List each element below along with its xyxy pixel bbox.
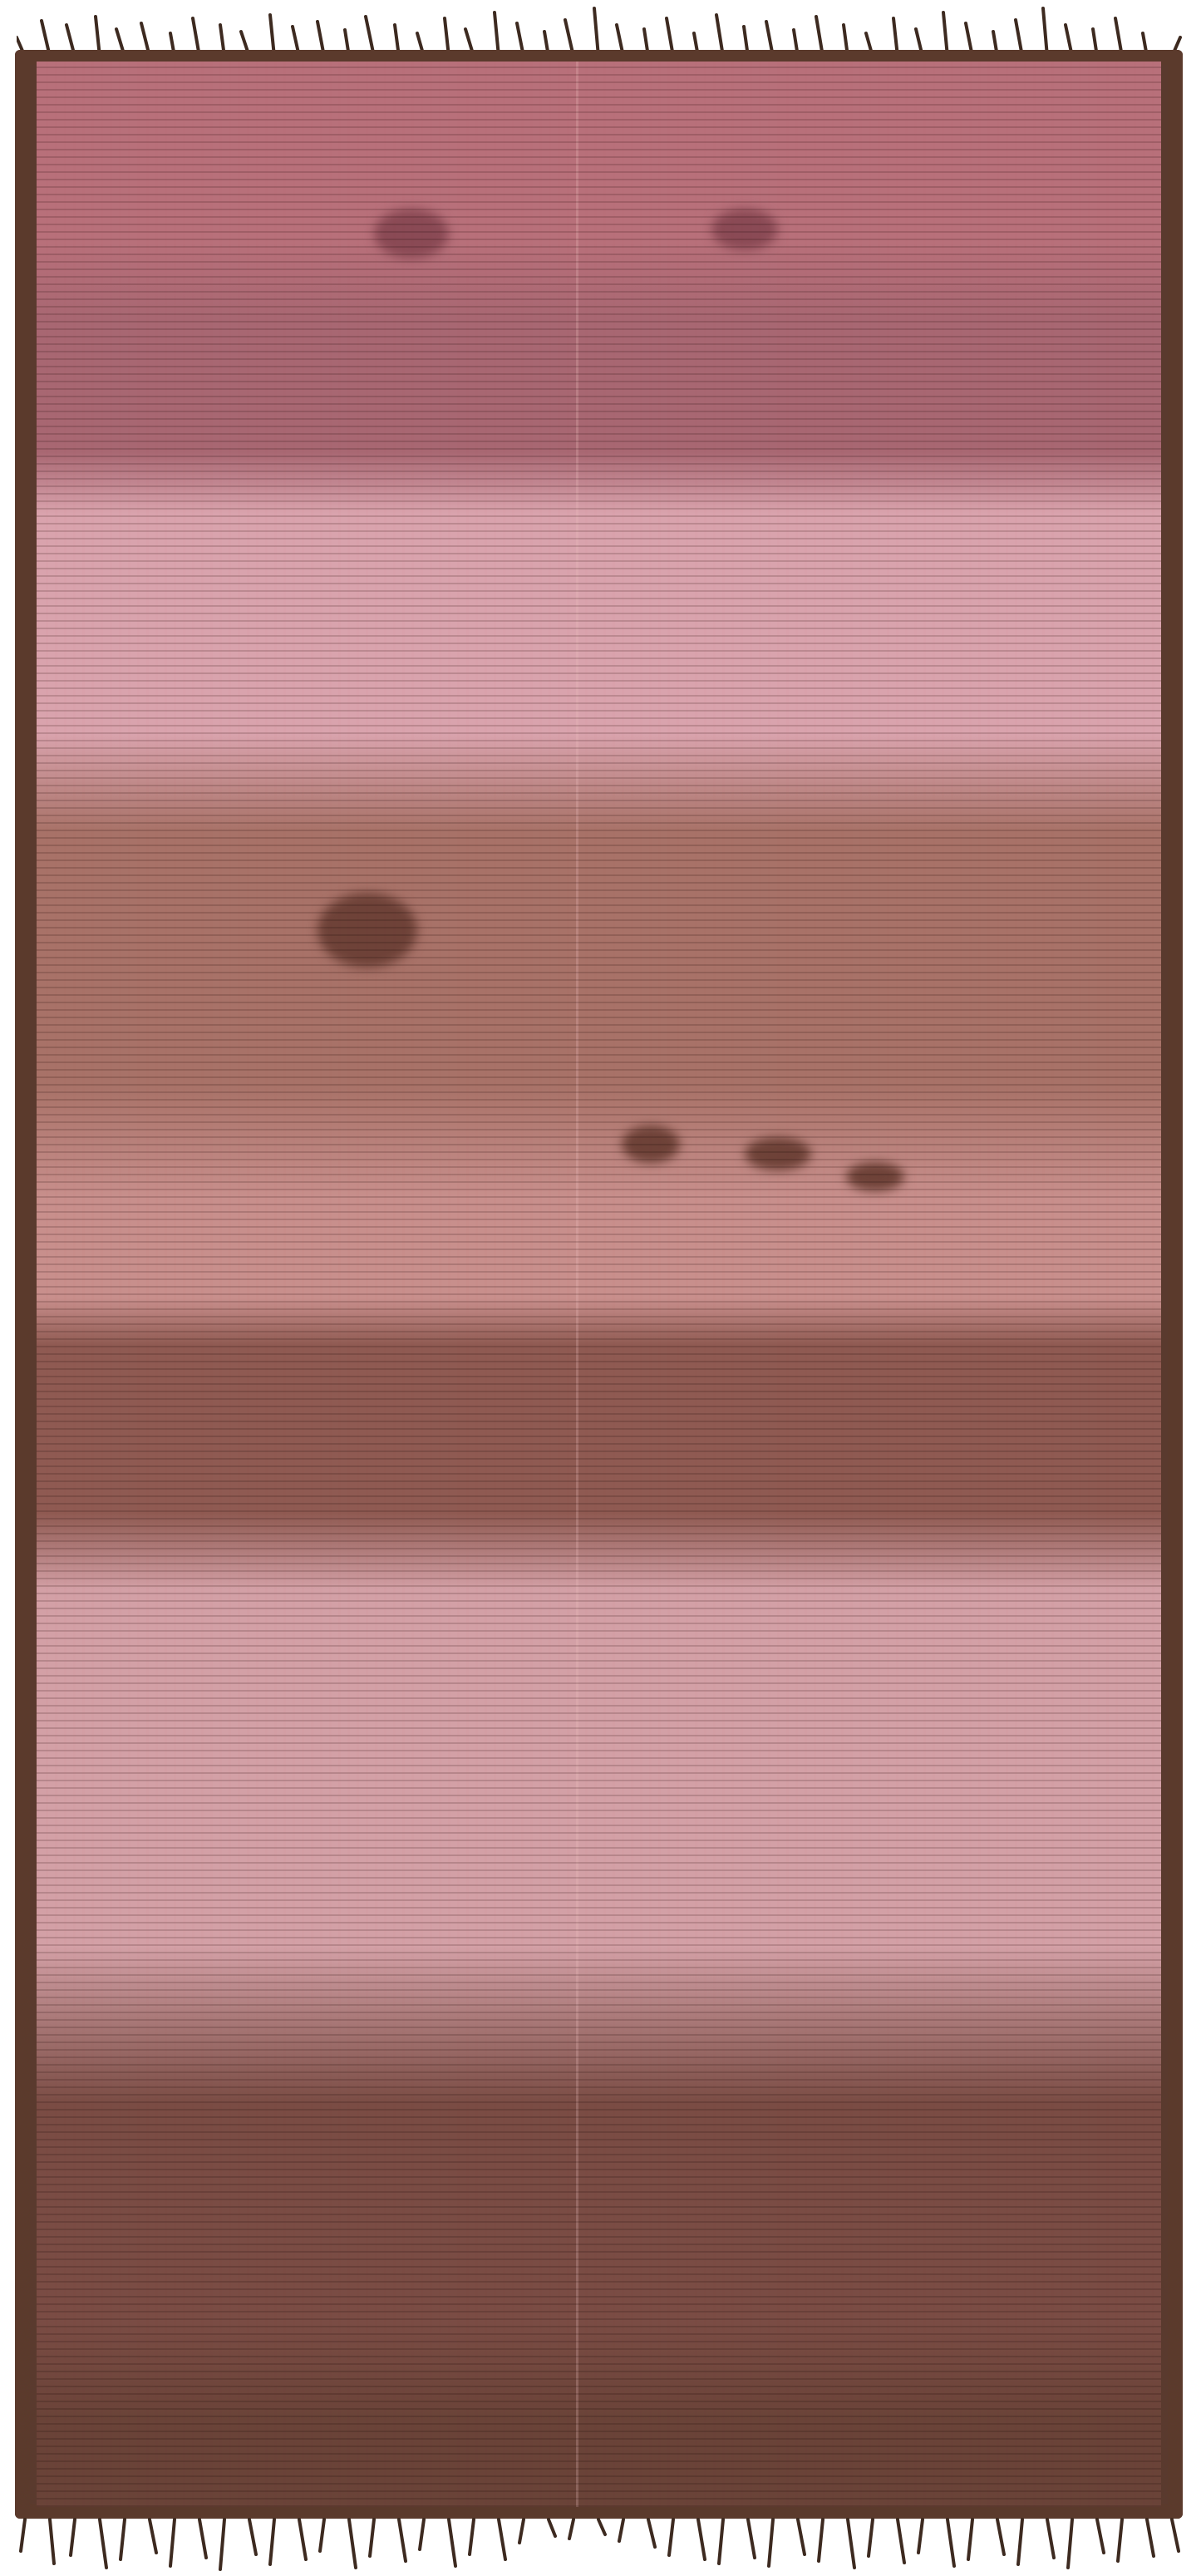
rug-body bbox=[15, 50, 1183, 2519]
rug-band-flatweave-end bbox=[37, 2409, 1161, 2507]
rug-band-light-pink bbox=[37, 502, 1161, 832]
rug-blotch bbox=[317, 893, 417, 968]
rug-band-top-rose bbox=[37, 62, 1161, 318]
rug-band-dark-mottled bbox=[37, 1333, 1161, 1590]
rug-field bbox=[37, 62, 1161, 2507]
bottom-fringe bbox=[17, 2518, 1184, 2576]
rug-band-pale-pink bbox=[37, 1578, 1161, 2104]
rug-blotch bbox=[622, 1125, 680, 1163]
rug-blotch bbox=[374, 209, 449, 259]
rug-band-mauve-rose bbox=[37, 306, 1161, 514]
rug-band-brown-mottled bbox=[37, 820, 1161, 1199]
rug-band-bottom-brown bbox=[37, 2091, 1161, 2421]
rug-photo bbox=[0, 0, 1201, 2576]
rug-blotch bbox=[846, 1162, 904, 1191]
rug-band-pink-brown bbox=[37, 1186, 1161, 1345]
rug-blotch bbox=[711, 209, 778, 250]
center-seam bbox=[576, 62, 578, 2507]
